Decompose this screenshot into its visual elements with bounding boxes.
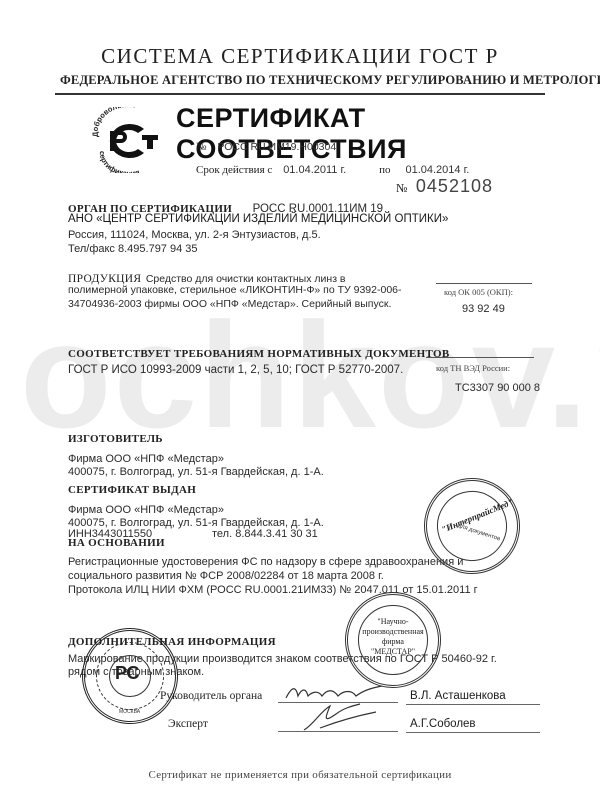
medstar-stamp: "Научно- производственная фирма "МЕДСТАР… [345,592,441,688]
expert-label: Эксперт [168,718,208,730]
footer-note: Сертификат не применяется при обязательн… [0,769,600,781]
validity-to-label: по [379,164,390,176]
certification-body-address: Россия, 111024, Москва, ул. 2-я Энтузиас… [68,228,321,242]
seal-city: МОСКВА [119,709,140,715]
manufacturer-label: ИЗГОТОВИТЕЛЬ [68,433,163,445]
okp-label: код ОК 005 (ОКП): [444,287,513,297]
head-label: Руководитель органа [160,690,262,702]
tnved-label: код ТН ВЭД России: [436,363,510,373]
head-signature-icon [282,684,392,702]
compliance-label: СООТВЕТСТВУЕТ ТРЕБОВАНИЯМ НОРМАТИВНЫХ ДО… [68,348,450,360]
certificate-number-row: № РОСС RU.ИМ19.Н00304 [196,141,336,153]
header-rule [55,93,545,95]
manufacturer-address: 400075, г. Волгоград, ул. 51-я Гвардейск… [68,465,324,479]
certificate-title: СЕРТИФИКАТ СООТВЕТСТВИЯ [176,103,600,165]
issued-to-label: СЕРТИФИКАТ ВЫДАН [68,484,196,496]
expert-name: А.Г.Соболев [410,718,476,730]
form-number-prefix: № [396,181,407,195]
validity-label: Срок действия с [196,164,272,176]
valid-from: 01.04.2011 г. [283,164,346,176]
rst-logo-icon: Добровольная сертификация [88,107,166,173]
product-line: полимерной упаковке, стерильное «ЛИКОНТИ… [68,283,402,297]
tnved-code: ТС3307 90 000 8 [455,381,540,395]
product-line: 34704936-2003 фирмы ООО «НПФ «Медстар». … [68,297,391,311]
form-number-row: № 0452108 [396,176,493,197]
manufacturer-name: Фирма ООО «НПФ «Медстар» [68,452,224,466]
head-name: В.Л. Асташенкова [410,690,506,702]
certification-body-phone: Тел/факс 8.495.797 94 35 [68,242,198,256]
basis-label: НА ОСНОВАНИИ [68,537,165,549]
number-prefix: № [196,141,207,153]
certificate-page: СИСТЕМА СЕРТИФИКАЦИИ ГОСТ Р ФЕДЕРАЛЬНОЕ … [0,0,600,800]
validity-row: Срок действия с 01.04.2011 г. по 01.04.2… [196,164,469,176]
form-number: 0452108 [416,176,493,196]
certification-body-seal: РС МОСКВА [82,628,178,724]
certification-body-name: АНО «ЦЕНТР СЕРТИФИКАЦИИ ИЗДЕЛИЙ МЕДИЦИНС… [68,213,448,225]
certificate-number: РОСС RU.ИМ19.Н00304 [217,141,336,153]
basis-line: Протокола ИЛЦ НИИ ФХМ (РОСС RU.0001.21ИМ… [68,583,478,597]
medstar-stamp-line: фирма [358,637,428,647]
okp-rule [436,283,532,284]
expert-name-line [406,732,540,733]
system-title: СИСТЕМА СЕРТИФИКАЦИИ ГОСТ Р [0,44,600,69]
seal-mark: РС [115,663,140,684]
head-name-line [406,704,540,705]
medstar-stamp-text: "Научно- производственная фирма "МЕДСТАР… [358,617,428,657]
medstar-stamp-line: производственная [358,627,428,637]
okp-code: 93 92 49 [462,302,505,316]
compliance-standards: ГОСТ Р ИСО 10993-2009 части 1, 2, 5, 10;… [68,363,403,377]
rst-voluntary-certification-logo: Добровольная сертификация [88,107,166,173]
basis-line: Регистрационные удостоверения ФС по надз… [68,555,463,569]
medstar-stamp-line: "МЕДСТАР" [358,647,428,657]
issued-to-name: Фирма ООО «НПФ «Медстар» [68,503,224,517]
expert-signature-icon [300,702,380,732]
medstar-stamp-line: "Научно- [358,617,428,627]
valid-to: 01.04.2014 г. [405,164,469,176]
agency-name: ФЕДЕРАЛЬНОЕ АГЕНТСТВО ПО ТЕХНИЧЕСКОМУ РЕ… [60,73,540,88]
issued-to-phone: тел. 8.844.3.41 30 31 [212,527,318,541]
tnved-rule [426,357,534,358]
basis-line: социального развития № ФСР 2008/02284 от… [68,569,384,583]
